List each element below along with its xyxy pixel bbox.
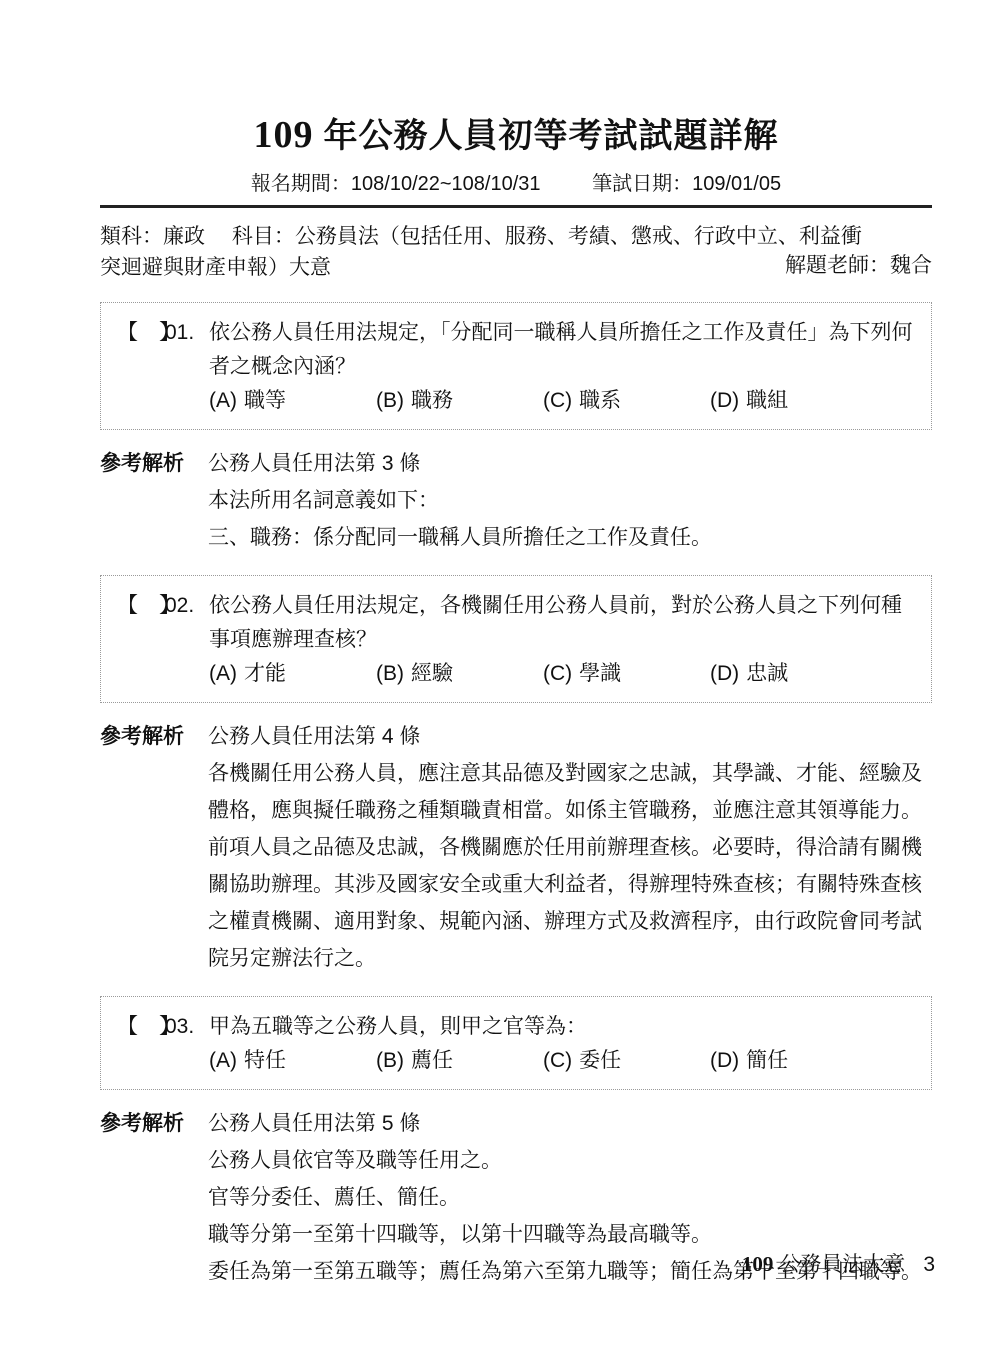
option-label: (A) <box>209 389 237 412</box>
option: (A)才能 <box>209 657 376 691</box>
question-line: 【 】01.依公務人員任用法規定，「分配同一職稱人員所擔任之工作及責任」為下列何… <box>117 316 915 384</box>
analysis-block: 參考解析 公務人員任用法第 4 條各機關任用公務人員，應注意其品德及對國家之忠誠… <box>100 718 932 977</box>
question-box: 【 】03.甲為五職等之公務人員，則甲之官等為： (A)特任(B)薦任(C)委任… <box>100 996 932 1090</box>
questions-list: 【 】01.依公務人員任用法規定，「分配同一職稱人員所擔任之工作及責任」為下列何… <box>100 302 932 1290</box>
option-label: (A) <box>209 662 237 685</box>
question-text: 甲為五職等之公務人員，則甲之官等為： <box>209 1015 587 1038</box>
analysis-paragraph: 前項人員之品德及忠誠，各機關應於任用前辦理查核。必要時，得洽請有關機關協助辦理。… <box>208 829 932 977</box>
question-text: 依公務人員任用法規定，「分配同一職稱人員所擔任之工作及責任」為下列何者之概念內涵… <box>209 321 913 378</box>
analysis-paragraph: 公務人員任用法第 5 條 <box>208 1105 932 1142</box>
option-text: 職組 <box>746 389 788 412</box>
question-group: 【 】01.依公務人員任用法規定，「分配同一職稱人員所擔任之工作及責任」為下列何… <box>100 302 932 556</box>
question-group: 【 】03.甲為五職等之公務人員，則甲之官等為： (A)特任(B)薦任(C)委任… <box>100 996 932 1290</box>
option-text: 忠誠 <box>746 662 788 685</box>
question-line: 【 】03.甲為五職等之公務人員，則甲之官等為： <box>117 1010 915 1044</box>
analysis-paragraph: 三、職務：係分配同一職稱人員所擔任之工作及責任。 <box>208 519 932 556</box>
registration-value: 108/10/22~108/10/31 <box>351 173 541 195</box>
question-text: 依公務人員任用法規定，各機關任用公務人員前，對於公務人員之下列何種事項應辦理查核… <box>209 594 902 651</box>
analysis-content: 公務人員任用法第 3 條本法所用名詞意義如下：三、職務：係分配同一職稱人員所擔任… <box>208 445 932 556</box>
option: (B)經驗 <box>376 657 543 691</box>
footer-book-year: 109 <box>742 1252 774 1276</box>
option-label: (B) <box>376 389 404 412</box>
title-year: 109 <box>254 114 314 156</box>
solution-teacher: 解題老師：魏合 <box>785 250 932 281</box>
analysis-paragraph: 官等分委任、薦任、簡任。 <box>208 1179 932 1216</box>
analysis-paragraph: 公務人員任用法第 4 條 <box>208 718 932 755</box>
option-text: 學識 <box>579 662 621 685</box>
option: (D)職組 <box>710 384 915 418</box>
question-group: 【 】02.依公務人員任用法規定，各機關任用公務人員前，對於公務人員之下列何種事… <box>100 575 932 977</box>
option-text: 薦任 <box>411 1049 453 1072</box>
answer-bracket: 【 】 <box>117 316 165 350</box>
analysis-paragraph: 本法所用名詞意義如下： <box>208 482 932 519</box>
question-box: 【 】02.依公務人員任用法規定，各機關任用公務人員前，對於公務人員之下列何種事… <box>100 575 932 703</box>
analysis-label: 參考解析 <box>100 445 198 482</box>
option-text: 才能 <box>244 662 286 685</box>
option: (D)忠誠 <box>710 657 915 691</box>
options-row: (A)才能(B)經驗(C)學識(D)忠誠 <box>209 657 915 691</box>
question-line: 【 】02.依公務人員任用法規定，各機關任用公務人員前，對於公務人員之下列何種事… <box>117 589 915 657</box>
analysis-paragraph: 各機關任用公務人員，應注意其品德及對國家之忠誠，其學識、才能、經驗及體格，應與擬… <box>208 755 932 829</box>
exam-date-value: 109/01/05 <box>692 173 781 195</box>
answer-bracket: 【 】 <box>117 589 165 623</box>
exam-solution-page: 109年公務人員初等考試試題詳解 報名期間：108/10/22~108/10/3… <box>0 0 1000 1290</box>
option-label: (C) <box>543 389 572 412</box>
analysis-block: 參考解析 公務人員任用法第 3 條本法所用名詞意義如下：三、職務：係分配同一職稱… <box>100 445 932 556</box>
option: (B)薦任 <box>376 1044 543 1078</box>
option-label: (D) <box>710 662 739 685</box>
question-number: 02. <box>165 589 209 623</box>
exam-date-label: 筆試日期： <box>592 173 692 195</box>
option-label: (A) <box>209 1049 237 1072</box>
option-text: 簡任 <box>746 1049 788 1072</box>
exam-dates-line: 報名期間：108/10/22~108/10/31 筆試日期：109/01/05 <box>100 167 932 196</box>
answer-bracket: 【 】 <box>117 1010 165 1044</box>
option: (C)職系 <box>543 384 710 418</box>
option: (A)職等 <box>209 384 376 418</box>
analysis-paragraph: 公務人員任用法第 3 條 <box>208 445 932 482</box>
footer-page-number: 3 <box>923 1253 935 1276</box>
subject-meta: 類科：廉政 科目：公務員法（包括任用、服務、考績、懲戒、行政中立、利益衝突迴避與… <box>100 221 932 283</box>
footer-book-title: 公務員法大意 <box>779 1253 905 1276</box>
option: (C)學識 <box>543 657 710 691</box>
option-label: (C) <box>543 662 572 685</box>
option-label: (C) <box>543 1049 572 1072</box>
option-text: 職系 <box>579 389 621 412</box>
options-row: (A)特任(B)薦任(C)委任(D)簡任 <box>209 1044 915 1078</box>
page-footer: 109公務員法大意3 <box>742 1248 935 1278</box>
option: (B)職務 <box>376 384 543 418</box>
analysis-paragraph: 公務人員依官等及職等任用之。 <box>208 1142 932 1179</box>
registration-label: 報名期間： <box>251 173 351 195</box>
analysis-label: 參考解析 <box>100 718 198 755</box>
registration-period: 報名期間：108/10/22~108/10/31 <box>251 173 541 195</box>
option: (A)特任 <box>209 1044 376 1078</box>
option-text: 經驗 <box>411 662 453 685</box>
category-and-subject: 類科：廉政 科目：公務員法（包括任用、服務、考績、懲戒、行政中立、利益衝突迴避與… <box>100 221 878 283</box>
option-label: (B) <box>376 1049 404 1072</box>
question-number: 01. <box>165 316 209 350</box>
option-text: 特任 <box>244 1049 286 1072</box>
question-number: 03. <box>165 1010 209 1044</box>
analysis-label: 參考解析 <box>100 1105 198 1142</box>
exam-date: 筆試日期：109/01/05 <box>592 173 781 195</box>
header-divider <box>100 205 932 208</box>
question-box: 【 】01.依公務人員任用法規定，「分配同一職稱人員所擔任之工作及責任」為下列何… <box>100 302 932 430</box>
option: (C)委任 <box>543 1044 710 1078</box>
title-text: 年公務人員初等考試試題詳解 <box>324 117 779 155</box>
option-text: 委任 <box>579 1049 621 1072</box>
options-row: (A)職等(B)職務(C)職系(D)職組 <box>209 384 915 418</box>
option-label: (B) <box>376 662 404 685</box>
option-label: (D) <box>710 389 739 412</box>
analysis-content: 公務人員任用法第 4 條各機關任用公務人員，應注意其品德及對國家之忠誠，其學識、… <box>208 718 932 977</box>
option-label: (D) <box>710 1049 739 1072</box>
page-title: 109年公務人員初等考試試題詳解 <box>100 0 932 157</box>
option: (D)簡任 <box>710 1044 915 1078</box>
option-text: 職等 <box>244 389 286 412</box>
option-text: 職務 <box>411 389 453 412</box>
